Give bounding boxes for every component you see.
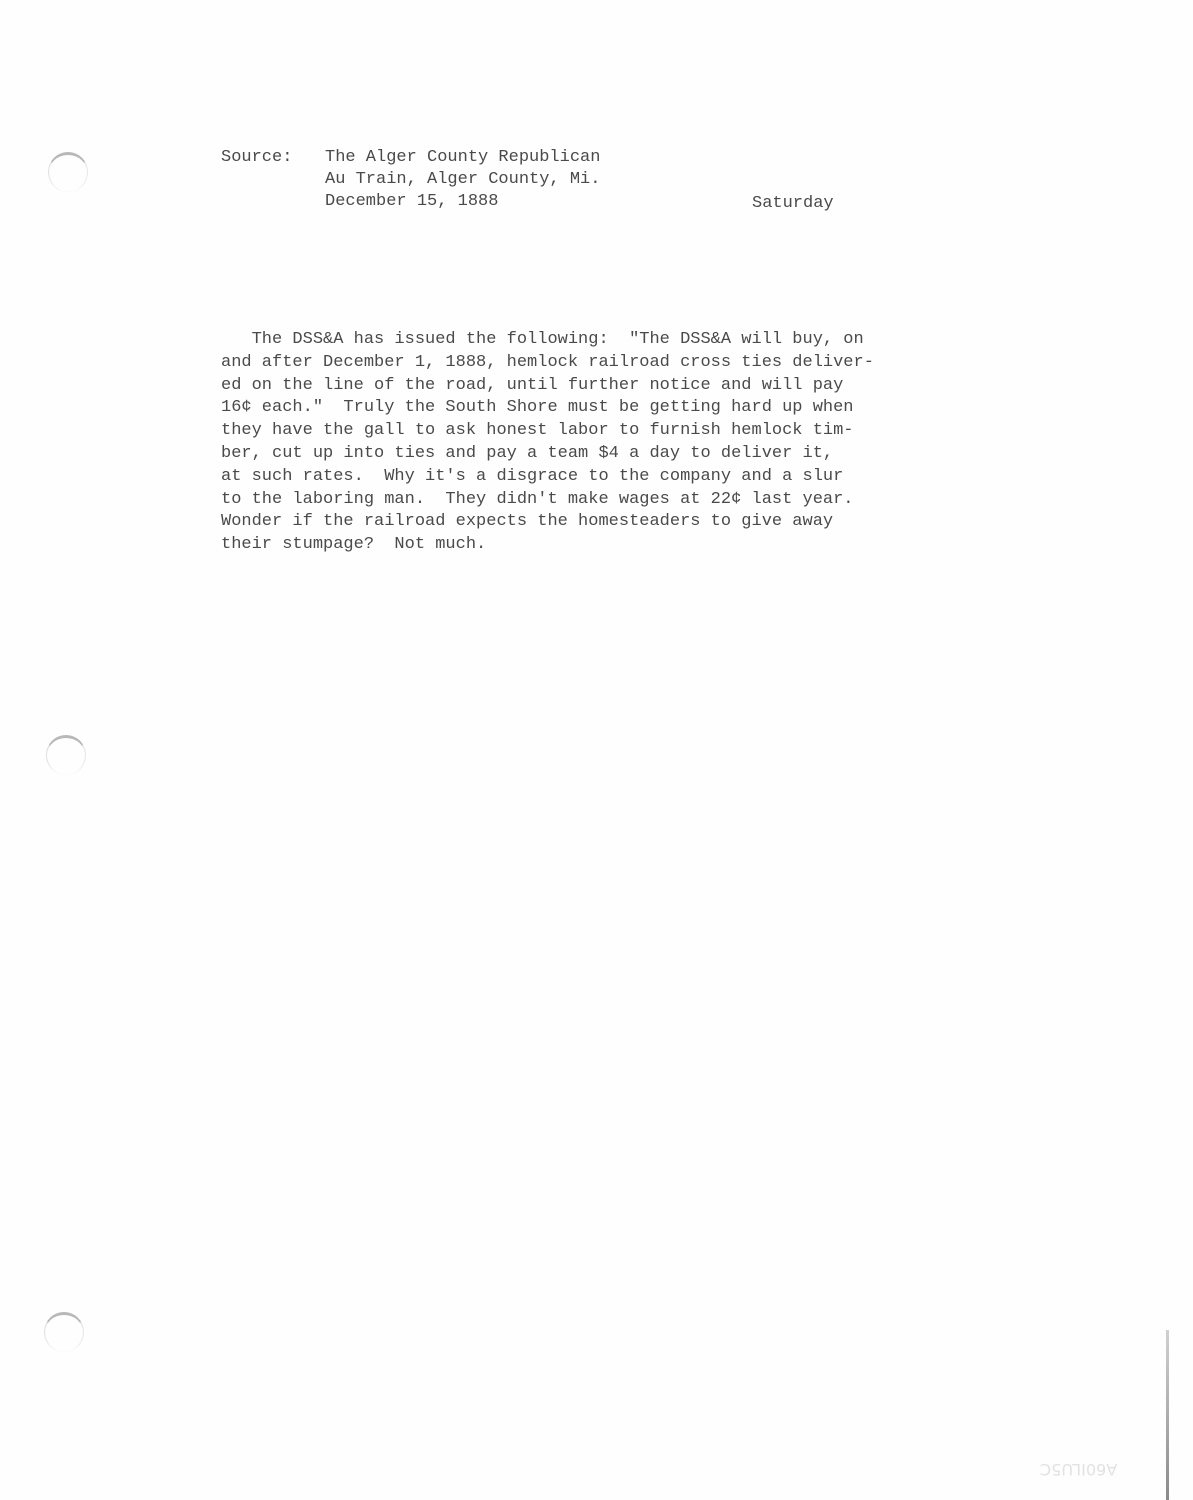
page-edge-shadow (1166, 1330, 1169, 1500)
article-line: their stumpage? Not much. (221, 534, 961, 557)
source-label: Source: (221, 147, 325, 213)
document-page: Source: The Alger County Republican Au T… (0, 0, 1193, 1500)
article-line: Wonder if the railroad expects the homes… (221, 511, 961, 534)
article-line: ber, cut up into ties and pay a team $4 … (221, 443, 961, 466)
article-body: The DSS&A has issued the following: "The… (221, 329, 961, 557)
source-citation: Source: The Alger County Republican Au T… (221, 147, 600, 213)
source-location: Au Train, Alger County, Mi. (325, 169, 600, 191)
article-line: ed on the line of the road, until furthe… (221, 375, 961, 398)
source-date: December 15, 1888 (325, 191, 600, 213)
article-line: at such rates. Why it's a disgrace to th… (221, 466, 961, 489)
article-line: The DSS&A has issued the following: "The… (221, 329, 961, 352)
article-line: to the laboring man. They didn't make wa… (221, 489, 961, 512)
article-line: they have the gall to ask honest labor t… (221, 420, 961, 443)
hole-punch-bottom (44, 1312, 84, 1352)
source-publication: The Alger County Republican (325, 147, 600, 169)
article-line: 16¢ each." Truly the South Shore must be… (221, 397, 961, 420)
source-day: Saturday (752, 193, 834, 215)
hole-punch-middle (46, 735, 86, 775)
archive-stamp: A60ILU5C (1040, 1460, 1117, 1479)
hole-punch-top (48, 152, 88, 192)
article-line: and after December 1, 1888, hemlock rail… (221, 352, 961, 375)
